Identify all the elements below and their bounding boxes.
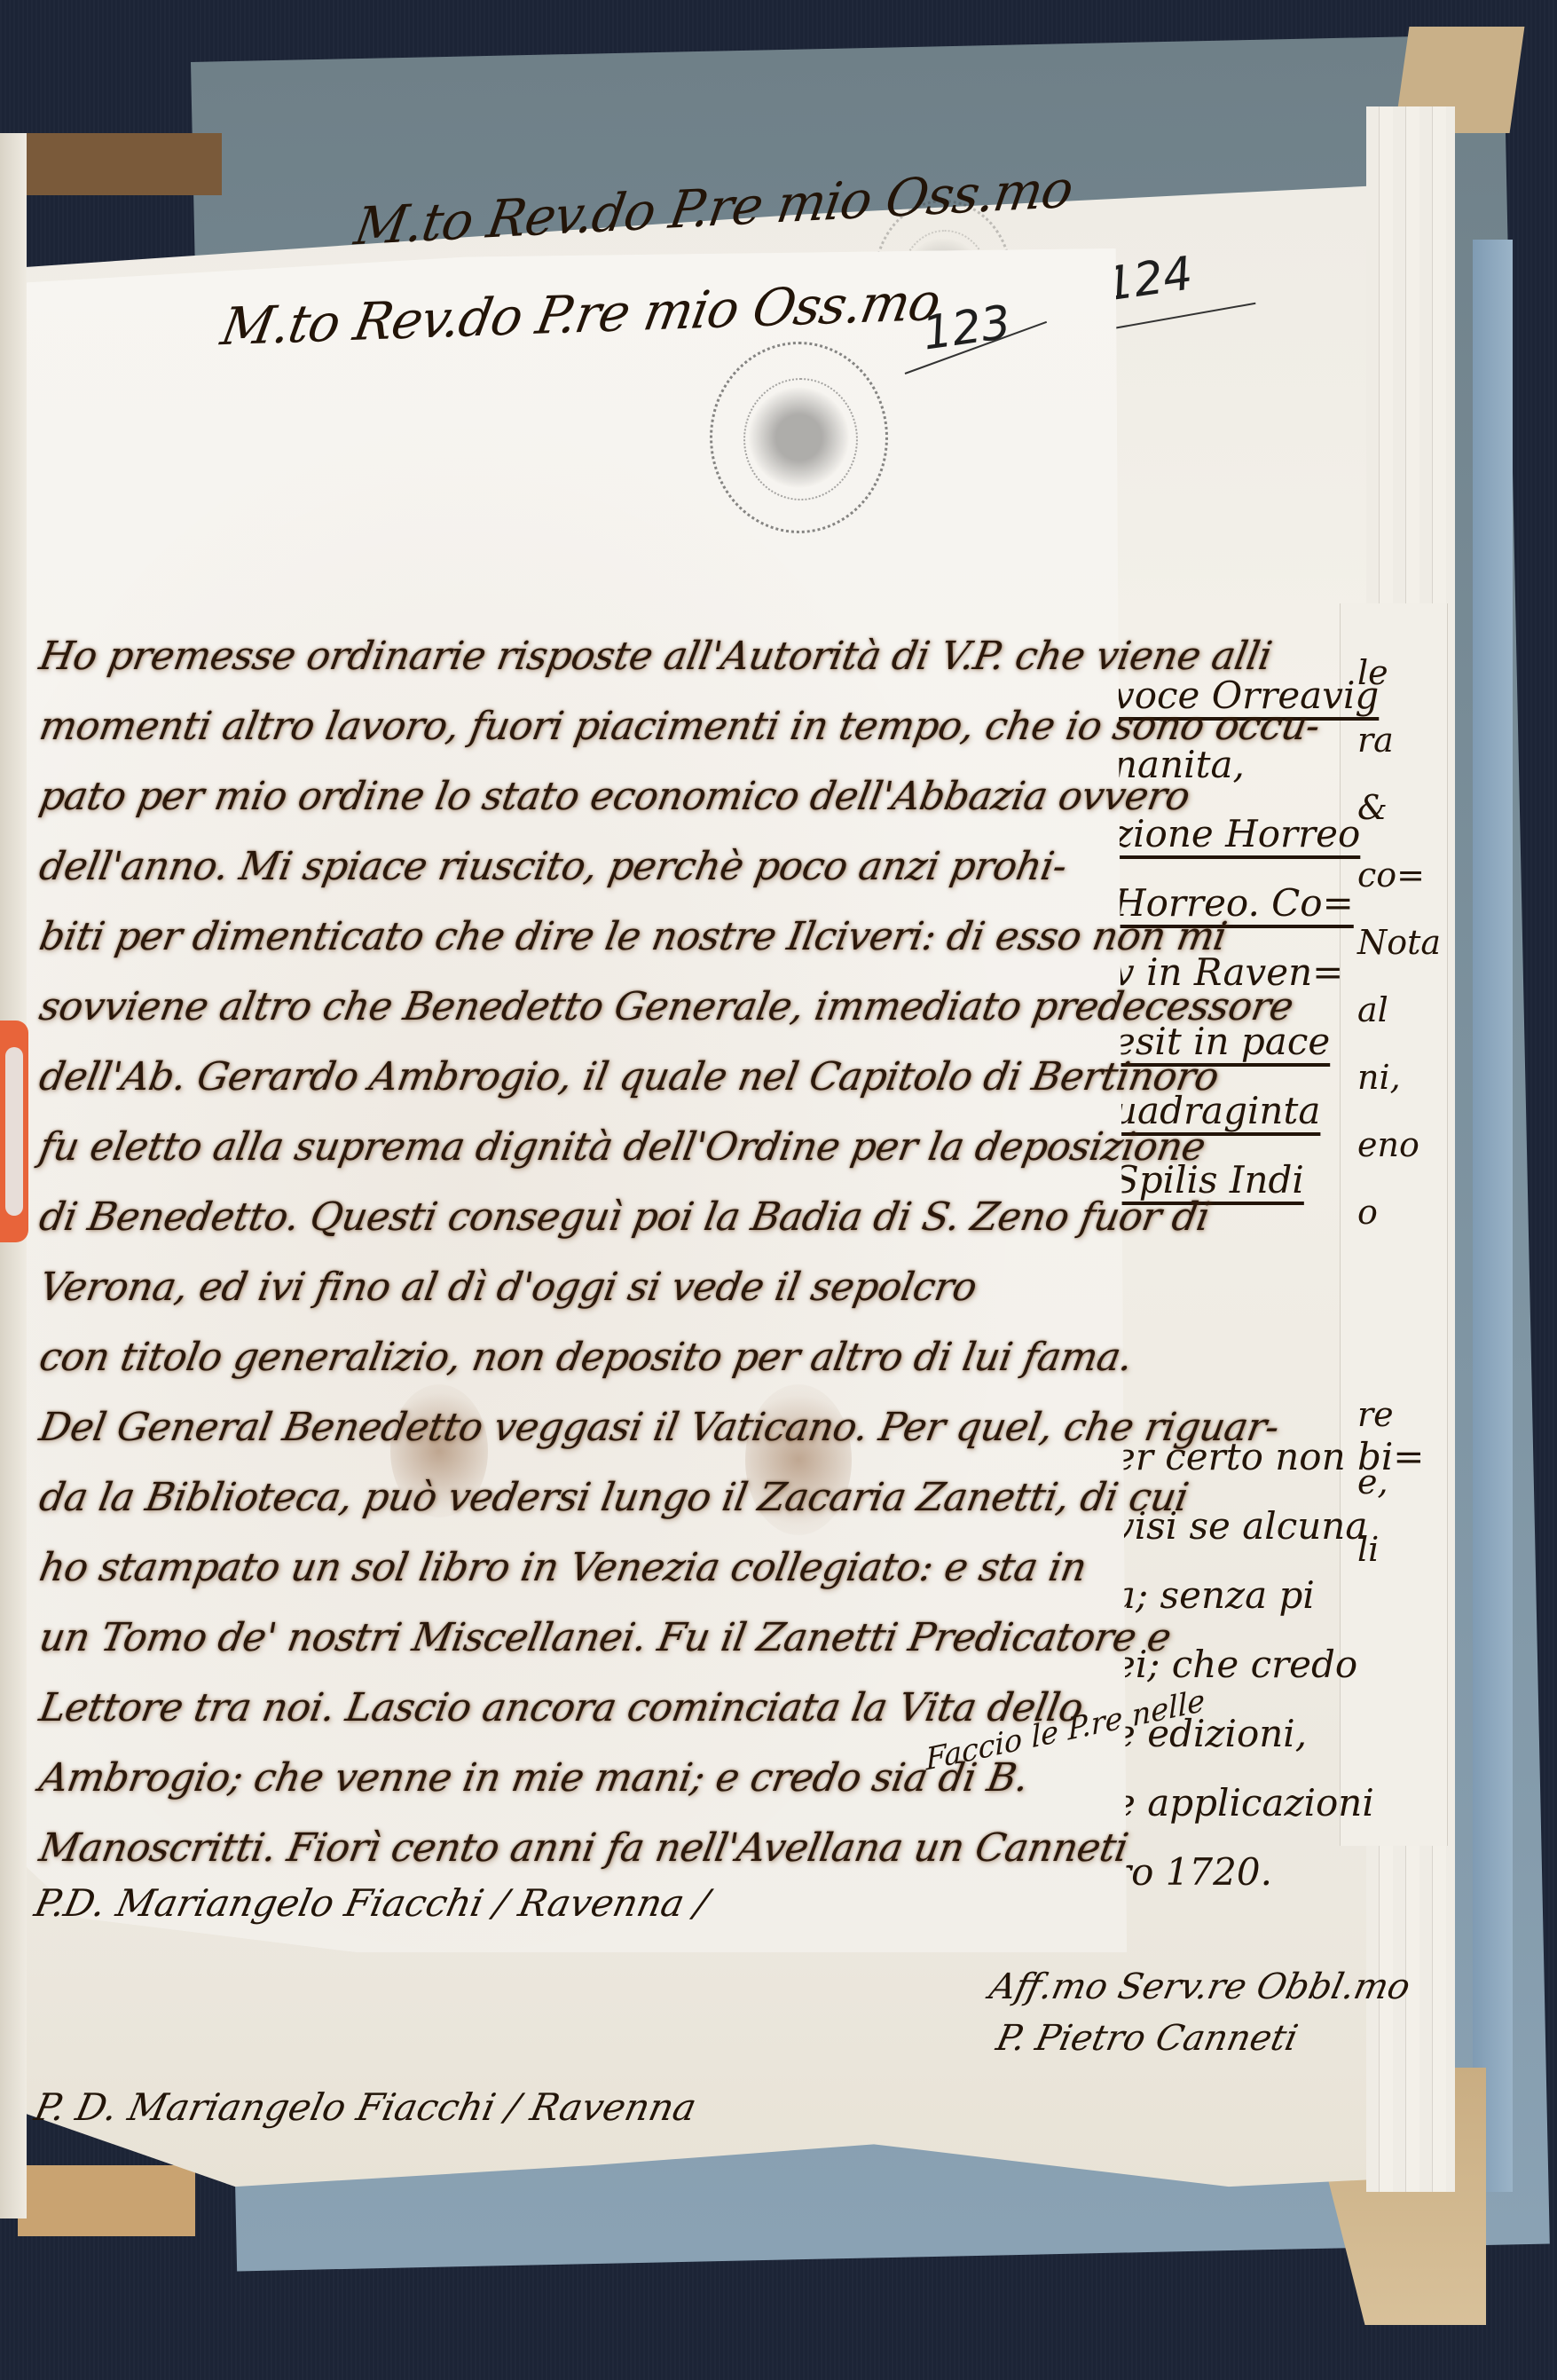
body-line: Lettore tra noi. Lascio ancora cominciat… bbox=[34, 1673, 1120, 1743]
body-line: fu eletto alla suprema dignità dell'Ordi… bbox=[34, 1112, 1120, 1182]
fragment: eno bbox=[1357, 1111, 1464, 1178]
fragment: ra bbox=[1357, 706, 1464, 774]
body-line: momenti altro lavoro, fuori piacimenti i… bbox=[34, 691, 1120, 761]
back-address: P. D. Mariangelo Fiacchi / Ravenna bbox=[31, 2085, 701, 2129]
body-line: di Benedetto. Questi conseguì poi la Bad… bbox=[34, 1182, 1120, 1252]
closing-signature: Aff.mo Serv.re Obbl.mo P. Pietro Canneti bbox=[974, 1961, 1415, 2064]
body-line: con titolo generalizio, non deposito per… bbox=[34, 1322, 1120, 1392]
fragment: al bbox=[1357, 976, 1464, 1044]
fragment: re bbox=[1357, 1381, 1464, 1448]
fragment: e, bbox=[1357, 1448, 1464, 1516]
body-line: Manoscritti. Fiorì cento anni fa nell'Av… bbox=[34, 1813, 1120, 1883]
fragment: & bbox=[1357, 774, 1464, 841]
library-stamp-front bbox=[710, 342, 888, 533]
body-line: Del General Benedetto veggasi il Vatican… bbox=[34, 1392, 1120, 1462]
folder-right-edge bbox=[1473, 240, 1513, 2192]
body-line: un Tomo de' nostri Miscellanei. Fu il Za… bbox=[34, 1603, 1120, 1673]
front-letter-body: Ho premesse ordinarie risposte all'Autor… bbox=[40, 621, 1113, 1883]
back-line bbox=[1113, 1284, 1344, 1353]
fragment: le bbox=[1357, 639, 1464, 706]
fragment: o bbox=[1357, 1178, 1464, 1246]
body-line: biti per dimenticato che dire le nostre … bbox=[34, 902, 1120, 972]
fragment: li bbox=[1357, 1516, 1464, 1583]
fragment: ni, bbox=[1357, 1044, 1464, 1111]
far-right-fragments: le ra & co= Nota al ni, eno o re e, li bbox=[1357, 639, 1464, 1583]
front-address: P.D. Mariangelo Fiacchi / Ravenna / bbox=[31, 1881, 713, 1925]
fragment: co= bbox=[1357, 841, 1464, 909]
body-line: dell'anno. Mi spiace riuscito, perchè po… bbox=[34, 831, 1120, 902]
body-line: sovviene altro che Benedetto Generale, i… bbox=[34, 972, 1120, 1042]
closing-line-1: Aff.mo Serv.re Obbl.mo bbox=[985, 1961, 1415, 2013]
fragment bbox=[1357, 1246, 1464, 1313]
orange-marker-tab bbox=[0, 1021, 28, 1242]
leather-edge bbox=[0, 133, 222, 195]
body-line: ho stampato un sol libro in Venezia coll… bbox=[34, 1533, 1120, 1603]
closing-line-2: P. Pietro Canneti bbox=[974, 2013, 1404, 2064]
body-line: pato per mio ordine lo stato economico d… bbox=[34, 761, 1120, 831]
fragment bbox=[1357, 1313, 1464, 1381]
body-line: da la Biblioteca, può vedersi lungo il Z… bbox=[34, 1462, 1120, 1533]
body-line: Verona, ed ivi fino al dì d'oggi si vede… bbox=[34, 1252, 1120, 1322]
fragment: Nota bbox=[1357, 909, 1464, 976]
body-line: dell'Ab. Gerardo Ambrogio, il quale nel … bbox=[34, 1042, 1120, 1112]
back-line-date: ro 1720. bbox=[1113, 1838, 1344, 1907]
back-line: e applicazioni bbox=[1113, 1769, 1344, 1838]
body-line: Ho premesse ordinarie risposte all'Autor… bbox=[34, 621, 1120, 691]
tan-corner-left bbox=[18, 2165, 195, 2236]
